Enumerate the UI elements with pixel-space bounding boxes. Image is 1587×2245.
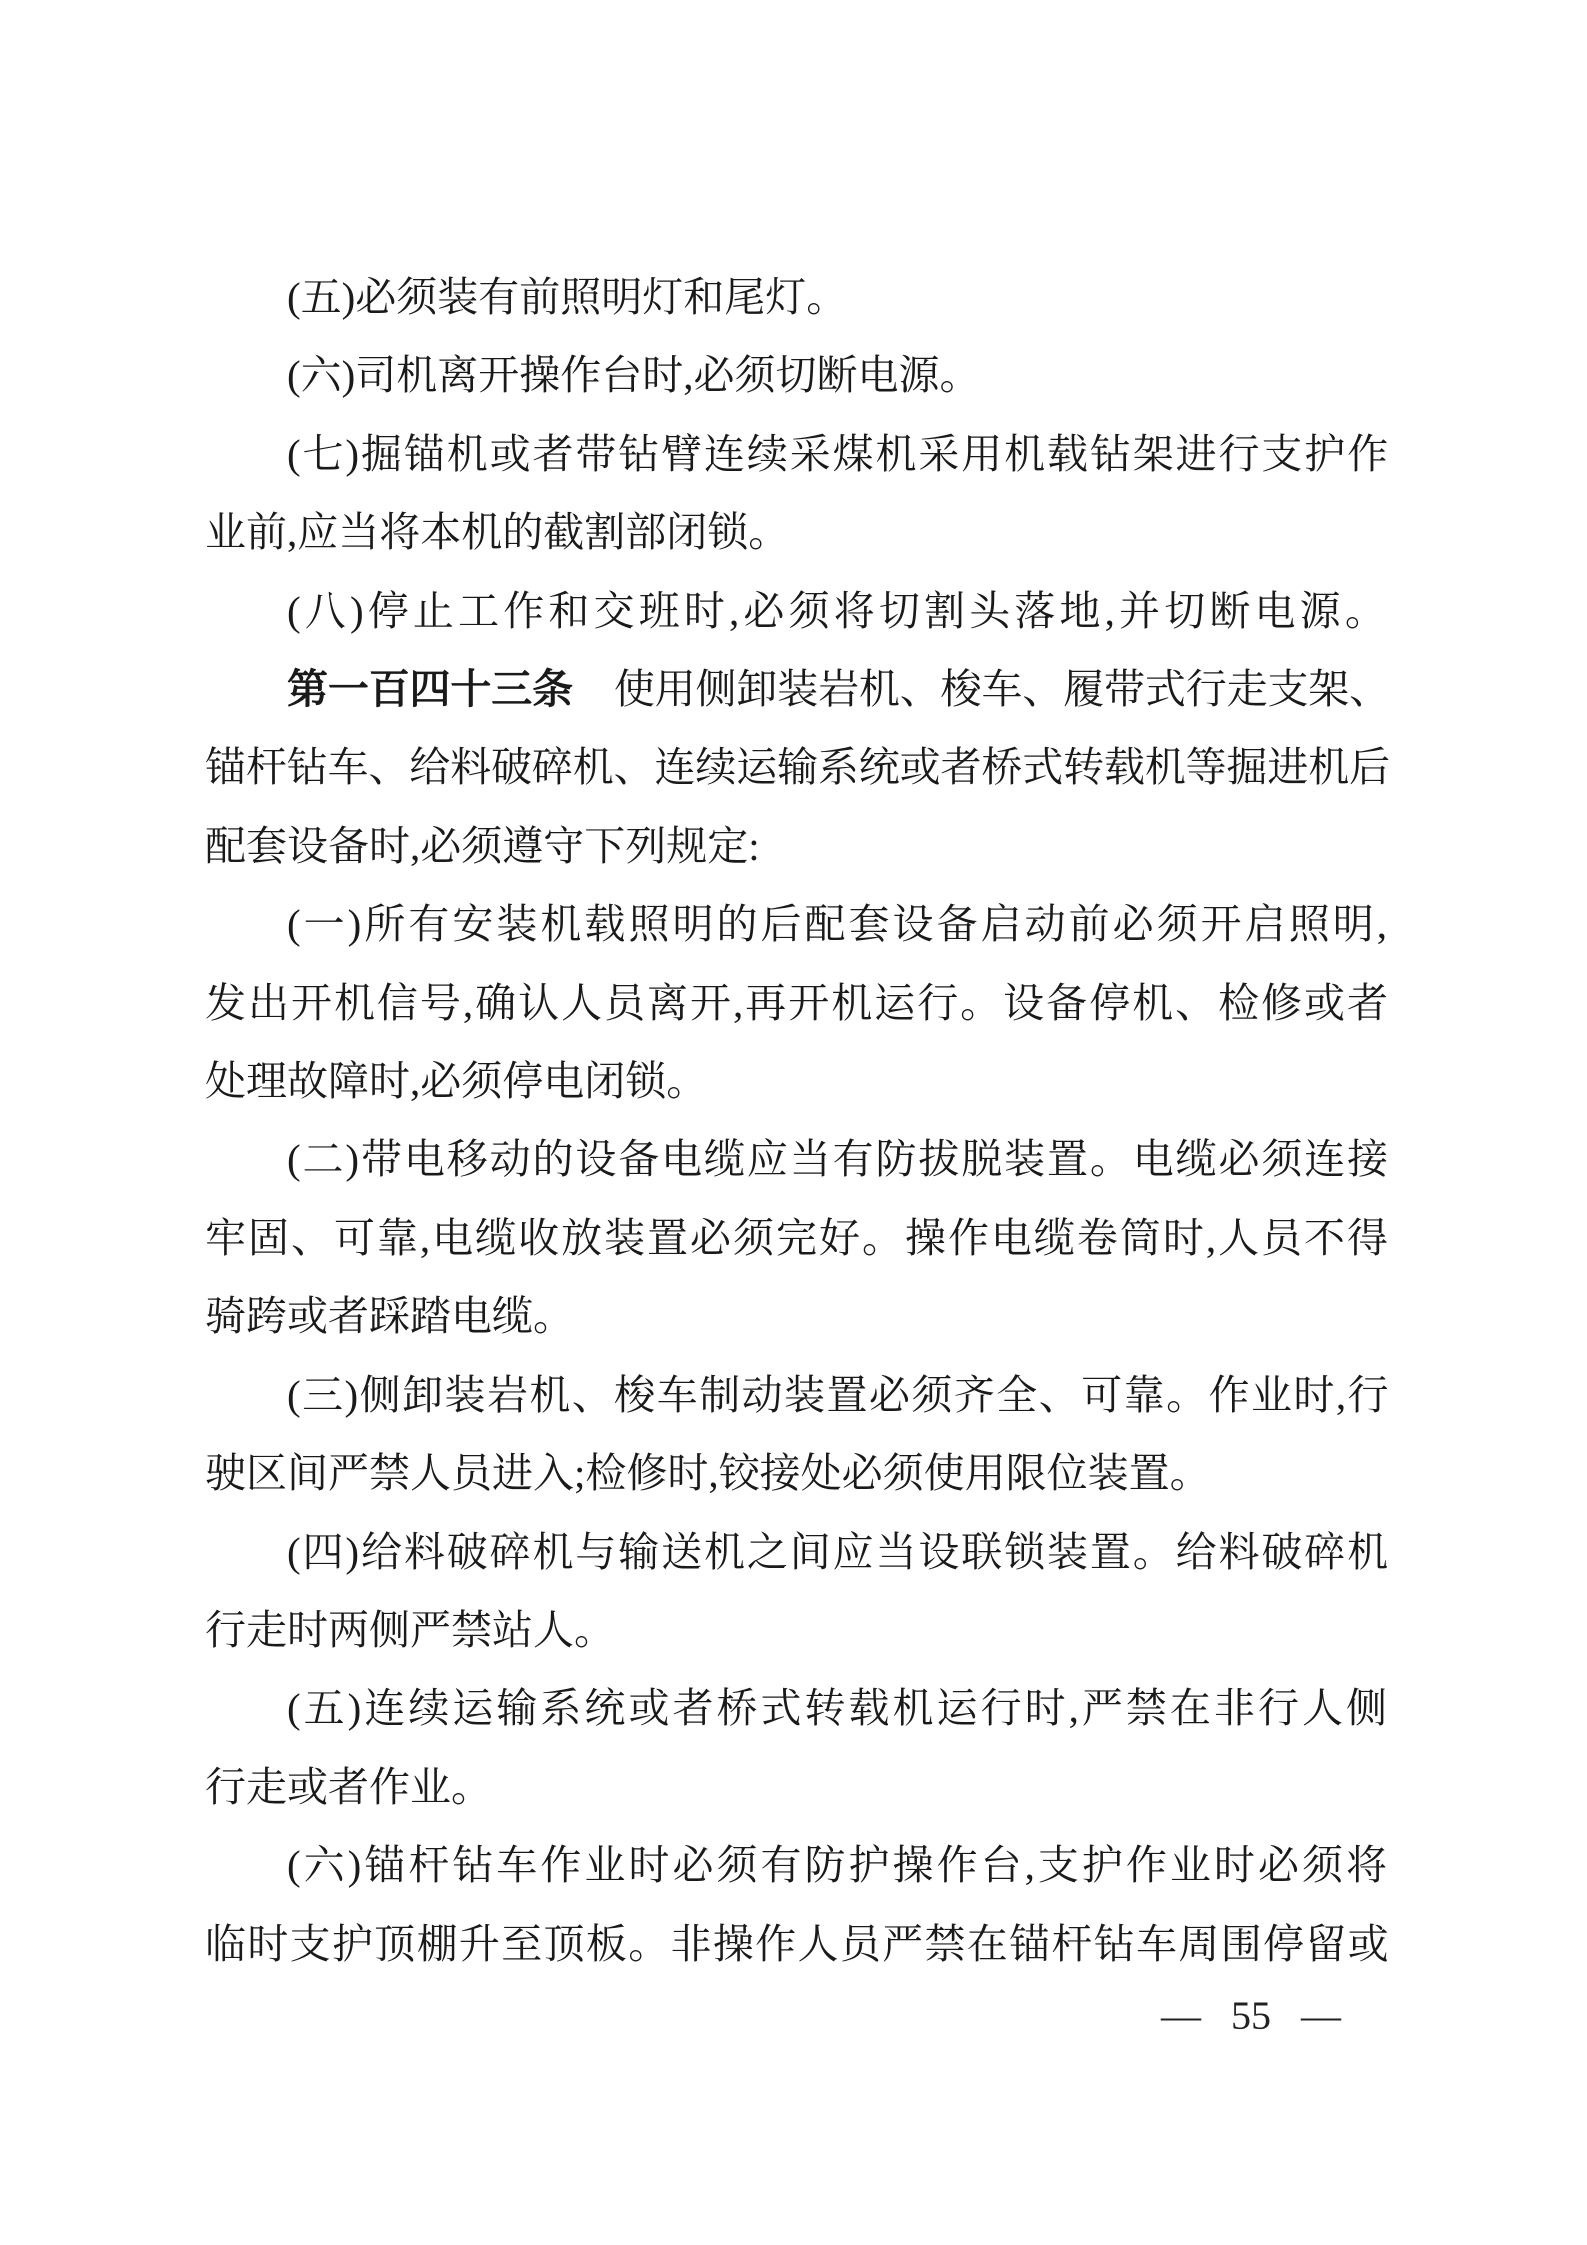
line-inner: (七)掘锚机或者带钻臂连续采煤机采用机载钻架进行支护作 (287, 431, 1390, 477)
line-text: (八)停止工作和交班时,必须将切割头落地,并切断电源。 (287, 588, 1390, 634)
line-inner: (五)连续运输系统或者桥式转载机运行时,严禁在非行人侧 (287, 1685, 1390, 1731)
line-text: (五)必须装有前照明灯和尾灯。 (287, 274, 847, 320)
line-inner: 驶区间严禁人员进入;检修时,铰接处必须使用限位装置。 (205, 1450, 1211, 1496)
text-line: 驶区间严禁人员进入;检修时,铰接处必须使用限位装置。 (205, 1434, 1390, 1512)
line-text: 骑跨或者踩踏电缆。 (205, 1293, 574, 1339)
footer-dash-left: — (1161, 1992, 1201, 2040)
text-line: (五)必须装有前照明灯和尾灯。 (205, 258, 1390, 336)
regulation-text: (五)必须装有前照明灯和尾灯。 (六)司机离开操作台时,必须切断电源。 (七)掘… (205, 258, 1390, 1983)
line-inner: 锚杆钻车、给料破碎机、连续运输系统或者桥式转载机等掘进机后 (205, 744, 1390, 790)
line-inner: 骑跨或者踩踏电缆。 (205, 1293, 574, 1339)
line-text: (三)侧卸装岩机、梭车制动装置必须齐全、可靠。作业时,行 (287, 1372, 1390, 1418)
line-inner: 业前,应当将本机的截割部闭锁。 (205, 509, 789, 555)
line-text: (六)锚杆钻车作业时必须有防护操作台,支护作业时必须将 (287, 1842, 1390, 1888)
line-inner: 发出开机信号,确认人员离开,再开机运行。设备停机、检修或者 (205, 980, 1390, 1026)
line-inner: 处理故障时,必须停电闭锁。 (205, 1058, 707, 1104)
line-inner: (五)必须装有前照明灯和尾灯。 (287, 274, 847, 320)
text-line: (八)停止工作和交班时,必须将切割头落地,并切断电源。 (205, 572, 1390, 650)
text-line: (六)司机离开操作台时,必须切断电源。 (205, 336, 1390, 414)
line-text: (一)所有安装机载照明的后配套设备启动前必须开启照明, (287, 901, 1390, 947)
text-line: 行走时两侧严禁站人。 (205, 1591, 1390, 1669)
line-text: 配套设备时,必须遵守下列规定: (205, 823, 760, 869)
text-line: (三)侧卸装岩机、梭车制动装置必须齐全、可靠。作业时,行 (205, 1356, 1390, 1434)
line-text: (五)连续运输系统或者桥式转载机运行时,严禁在非行人侧 (287, 1685, 1390, 1731)
line-inner: (四)给料破碎机与输送机之间应当设联锁装置。给料破碎机 (287, 1529, 1390, 1575)
text-line: 发出开机信号,确认人员离开,再开机运行。设备停机、检修或者 (205, 964, 1390, 1042)
line-text: 牢固、可靠,电缆收放装置必须完好。操作电缆卷筒时,人员不得 (205, 1215, 1390, 1261)
text-line: (四)给料破碎机与输送机之间应当设联锁装置。给料破碎机 (205, 1513, 1390, 1591)
text-line: 临时支护顶棚升至顶板。非操作人员严禁在锚杆钻车周围停留或 (205, 1905, 1390, 1983)
line-inner: 配套设备时,必须遵守下列规定: (205, 823, 760, 869)
text-line: 骑跨或者踩踏电缆。 (205, 1277, 1390, 1355)
text-line: 牢固、可靠,电缆收放装置必须完好。操作电缆卷筒时,人员不得 (205, 1199, 1390, 1277)
line-text: 处理故障时,必须停电闭锁。 (205, 1058, 707, 1104)
line-text: 行走时两侧严禁站人。 (205, 1607, 615, 1653)
text-line: 第一百四十三条 使用侧卸装岩机、梭车、履带式行走支架、 (205, 650, 1390, 728)
text-line: 锚杆钻车、给料破碎机、连续运输系统或者桥式转载机等掘进机后 (205, 728, 1390, 806)
page-number: 55 (1231, 1992, 1271, 2040)
line-text: 驶区间严禁人员进入;检修时,铰接处必须使用限位装置。 (205, 1450, 1211, 1496)
line-text: (六)司机离开操作台时,必须切断电源。 (287, 352, 981, 398)
line-inner: (二)带电移动的设备电缆应当有防拔脱装置。电缆必须连接 (287, 1136, 1390, 1182)
text-line: 业前,应当将本机的截割部闭锁。 (205, 493, 1390, 571)
line-text: 发出开机信号,确认人员离开,再开机运行。设备停机、检修或者 (205, 980, 1390, 1026)
document-page: (五)必须装有前照明灯和尾灯。 (六)司机离开操作台时,必须切断电源。 (七)掘… (0, 0, 1587, 2245)
line-inner: 临时支护顶棚升至顶板。非操作人员严禁在锚杆钻车周围停留或 (205, 1921, 1390, 1967)
line-inner: (六)锚杆钻车作业时必须有防护操作台,支护作业时必须将 (287, 1842, 1390, 1888)
line-inner: 行走时两侧严禁站人。 (205, 1607, 615, 1653)
line-inner: (一)所有安装机载照明的后配套设备启动前必须开启照明, (287, 901, 1390, 947)
article-number: 第一百四十三条 (287, 666, 573, 712)
line-inner: 牢固、可靠,电缆收放装置必须完好。操作电缆卷筒时,人员不得 (205, 1215, 1390, 1261)
text-line: (一)所有安装机载照明的后配套设备启动前必须开启照明, (205, 885, 1390, 963)
text-line: 行走或者作业。 (205, 1748, 1390, 1826)
line-text: 业前,应当将本机的截割部闭锁。 (205, 509, 789, 555)
text-line: 配套设备时,必须遵守下列规定: (205, 807, 1390, 885)
line-inner: 第一百四十三条 使用侧卸装岩机、梭车、履带式行走支架、 (287, 666, 1390, 712)
line-text: 临时支护顶棚升至顶板。非操作人员严禁在锚杆钻车周围停留或 (205, 1921, 1390, 1967)
text-line: (六)锚杆钻车作业时必须有防护操作台,支护作业时必须将 (205, 1826, 1390, 1904)
page-footer: — 55 — (1161, 1992, 1341, 2040)
text-line: 处理故障时,必须停电闭锁。 (205, 1042, 1390, 1120)
line-inner: (八)停止工作和交班时,必须将切割头落地,并切断电源。 (287, 588, 1390, 634)
line-text: 锚杆钻车、给料破碎机、连续运输系统或者桥式转载机等掘进机后 (205, 744, 1390, 790)
text-line: (二)带电移动的设备电缆应当有防拔脱装置。电缆必须连接 (205, 1120, 1390, 1198)
line-text: (二)带电移动的设备电缆应当有防拔脱装置。电缆必须连接 (287, 1136, 1390, 1182)
line-inner: (六)司机离开操作台时,必须切断电源。 (287, 352, 981, 398)
line-text: 使用侧卸装岩机、梭车、履带式行走支架、 (573, 666, 1390, 712)
footer-dash-right: — (1301, 1992, 1341, 2040)
line-text: (七)掘锚机或者带钻臂连续采煤机采用机载钻架进行支护作 (287, 431, 1390, 477)
text-line: (七)掘锚机或者带钻臂连续采煤机采用机载钻架进行支护作 (205, 415, 1390, 493)
line-text: 行走或者作业。 (205, 1764, 492, 1810)
text-line: (五)连续运输系统或者桥式转载机运行时,严禁在非行人侧 (205, 1669, 1390, 1747)
line-text: (四)给料破碎机与输送机之间应当设联锁装置。给料破碎机 (287, 1529, 1390, 1575)
line-inner: 行走或者作业。 (205, 1764, 492, 1810)
line-inner: (三)侧卸装岩机、梭车制动装置必须齐全、可靠。作业时,行 (287, 1372, 1390, 1418)
